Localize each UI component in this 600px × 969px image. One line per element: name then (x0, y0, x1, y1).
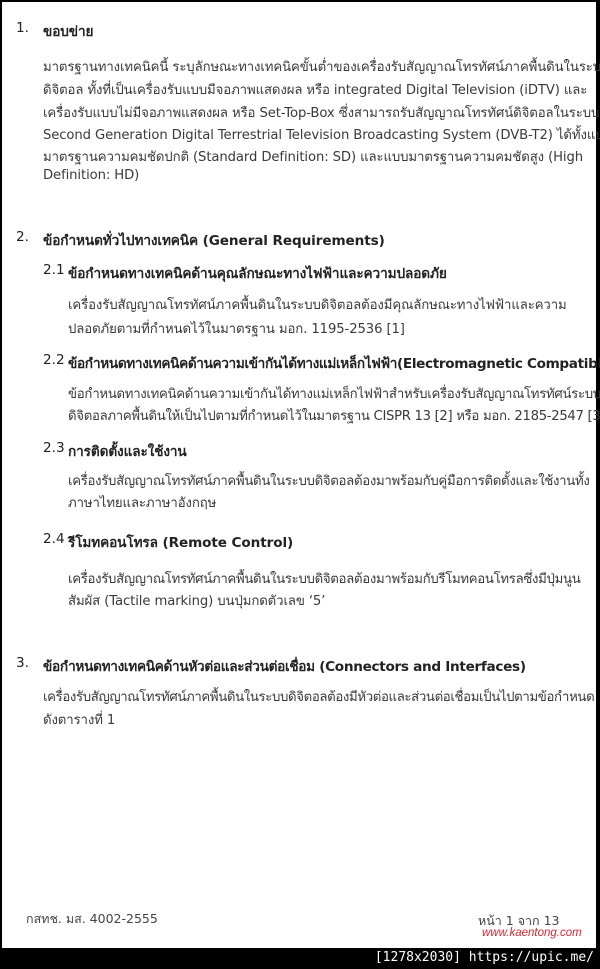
subsection-2-3-body-line: ภาษาไทยและภาษาอังกฤษ (68, 492, 216, 513)
section-1-title: ขอบข่าย (43, 20, 93, 42)
section-1-number: 1. (16, 20, 29, 36)
subsection-2-1-body-line: ปลอดภัยตามที่กำหนดไว้ในมาตรฐาน มอก. 1195… (68, 318, 405, 339)
section-1-body-line: Definition: HD) (43, 168, 139, 183)
subsection-2-4-title: รีโมทคอนโทรล (Remote Control) (68, 531, 293, 553)
subsection-2-2-number: 2.2 (43, 352, 65, 368)
section-1-body-line: มาตรฐานความคมชัดปกติ (Standard Definitio… (43, 146, 583, 167)
image-info-bar: [1278x2030] https://upic.me/ (0, 948, 600, 969)
watermark-link: www.kaentong.com (482, 927, 582, 939)
section-3-title: ข้อกำหนดทางเทคนิคด้านหัวต่อและส่วนต่อเชื… (43, 655, 526, 677)
section-3-body-line: เครื่องรับสัญญาณโทรทัศน์ภาคพื้นดินในระบบ… (43, 686, 594, 707)
subsection-2-2-body-line: ข้อกำหนดทางเทคนิคด้านความเข้ากันได้ทางแม… (68, 383, 600, 404)
section-1-body-line: Second Generation Digital Terrestrial Te… (43, 124, 600, 145)
subsection-2-1-body-line: เครื่องรับสัญญาณโทรทัศน์ภาคพื้นดินในระบบ… (68, 294, 567, 315)
subsection-2-4-body-line: สัมผัส (Tactile marking) บนปุ่มกดตัวเลข … (68, 590, 325, 611)
subsection-2-3-title: การติดตั้งและใช้งาน (68, 440, 187, 462)
subsection-2-2-title: ข้อกำหนดทางเทคนิคด้านความเข้ากันได้ทางแม… (68, 352, 600, 374)
subsection-2-2-body-line: ดิจิตอลภาคพื้นดินให้เป็นไปตามที่กำหนดไว้… (68, 405, 600, 426)
subsection-2-3-body-line: เครื่องรับสัญญาณโทรทัศน์ภาคพื้นดินในระบบ… (68, 470, 590, 491)
subsection-2-1-number: 2.1 (43, 262, 65, 278)
section-2-number: 2. (16, 229, 29, 245)
document-page: 1. ขอบข่าย มาตรฐานทางเทคนิคนี้ ระบุลักษณ… (2, 2, 596, 948)
subsection-2-4-body-line: เครื่องรับสัญญาณโทรทัศน์ภาคพื้นดินในระบบ… (68, 568, 580, 589)
image-info-text: [1278x2030] https://upic.me/ (375, 950, 594, 965)
section-2-title: ข้อกำหนดทั่วไปทางเทคนิค (General Require… (43, 229, 385, 251)
subsection-2-3-number: 2.3 (43, 440, 65, 456)
section-3-number: 3. (16, 655, 29, 671)
section-1-body-line: มาตรฐานทางเทคนิคนี้ ระบุลักษณะทางเทคนิคข… (43, 56, 600, 77)
section-3-body-line: ดังตารางที่ 1 (43, 709, 115, 730)
section-1-body-line: เครื่องรับแบบไม่มีจอภาพแสดงผล หรือ Set-T… (43, 102, 599, 123)
subsection-2-4-number: 2.4 (43, 531, 65, 547)
footer-doc-code: กสทช. มส. 4002-2555 (26, 909, 158, 929)
subsection-2-1-title: ข้อกำหนดทางเทคนิคด้านคุณลักษณะทางไฟฟ้าแล… (68, 262, 447, 284)
section-1-body-line: ดิจิตอล ทั้งที่เป็นเครื่องรับแบบมีจอภาพแ… (43, 79, 587, 100)
